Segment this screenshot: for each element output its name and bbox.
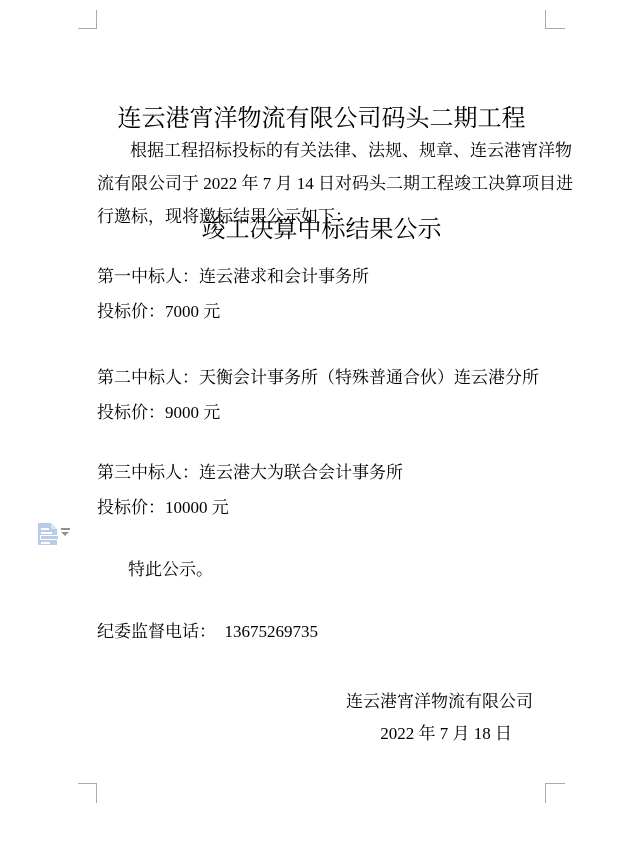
crop-mark-bottom-left — [78, 783, 97, 803]
paste-options-button[interactable] — [37, 522, 71, 548]
signature-date: 2022 年 7 月 18 日 — [97, 717, 546, 750]
winner-3-rank-line: 第三中标人：连云港大为联合会计事务所 — [97, 455, 546, 490]
winner-block-2: 第二中标人：天衡会计事务所（特殊普通合伙）连云港分所 投标价：9000 元 — [97, 360, 546, 430]
intro-paragraph: 根据工程招标投标的有关法律、法规、规章、连云港宵洋物 流有限公司于 2022 年… — [97, 134, 546, 233]
page-fold-icon — [51, 523, 57, 529]
crop-mark-top-left — [78, 10, 97, 29]
crop-mark-bottom-right — [545, 783, 565, 803]
intro-line: 根据工程招标投标的有关法律、法规、规章、连云港宵洋物 — [97, 134, 546, 167]
winner-1-price-line: 投标价：7000 元 — [97, 294, 546, 329]
document-page: 连云港宵洋物流有限公司码头二期工程 竣工决算中标结果公示 根据工程招标投标的有关… — [0, 0, 641, 860]
signature-company: 连云港宵洋物流有限公司 — [97, 685, 546, 718]
winner-1-rank-line: 第一中标人：连云港求和会计事务所 — [97, 259, 546, 294]
chevron-down-icon[interactable] — [61, 528, 70, 537]
paste-options-document-icon[interactable] — [38, 523, 57, 545]
supervision-phone-line: 纪委监督电话： 13675269735 — [97, 615, 546, 648]
winner-block-1: 第一中标人：连云港求和会计事务所 投标价：7000 元 — [97, 259, 546, 329]
winner-2-price-line: 投标价：9000 元 — [97, 395, 546, 430]
intro-line: 行邀标，现将邀标结果公示如下： — [97, 200, 546, 233]
winner-block-3: 第三中标人：连云港大为联合会计事务所 投标价：10000 元 — [97, 455, 546, 525]
winner-2-rank-line: 第二中标人：天衡会计事务所（特殊普通合伙）连云港分所 — [97, 360, 546, 395]
closing-statement: 特此公示。 — [97, 553, 546, 586]
document-title-line-1: 连云港宵洋物流有限公司码头二期工程 — [97, 101, 546, 138]
intro-line: 流有限公司于 2022 年 7 月 14 日对码头二期工程竣工决算项目进 — [97, 167, 546, 200]
crop-mark-top-right — [545, 10, 565, 29]
winner-3-price-line: 投标价：10000 元 — [97, 490, 546, 525]
